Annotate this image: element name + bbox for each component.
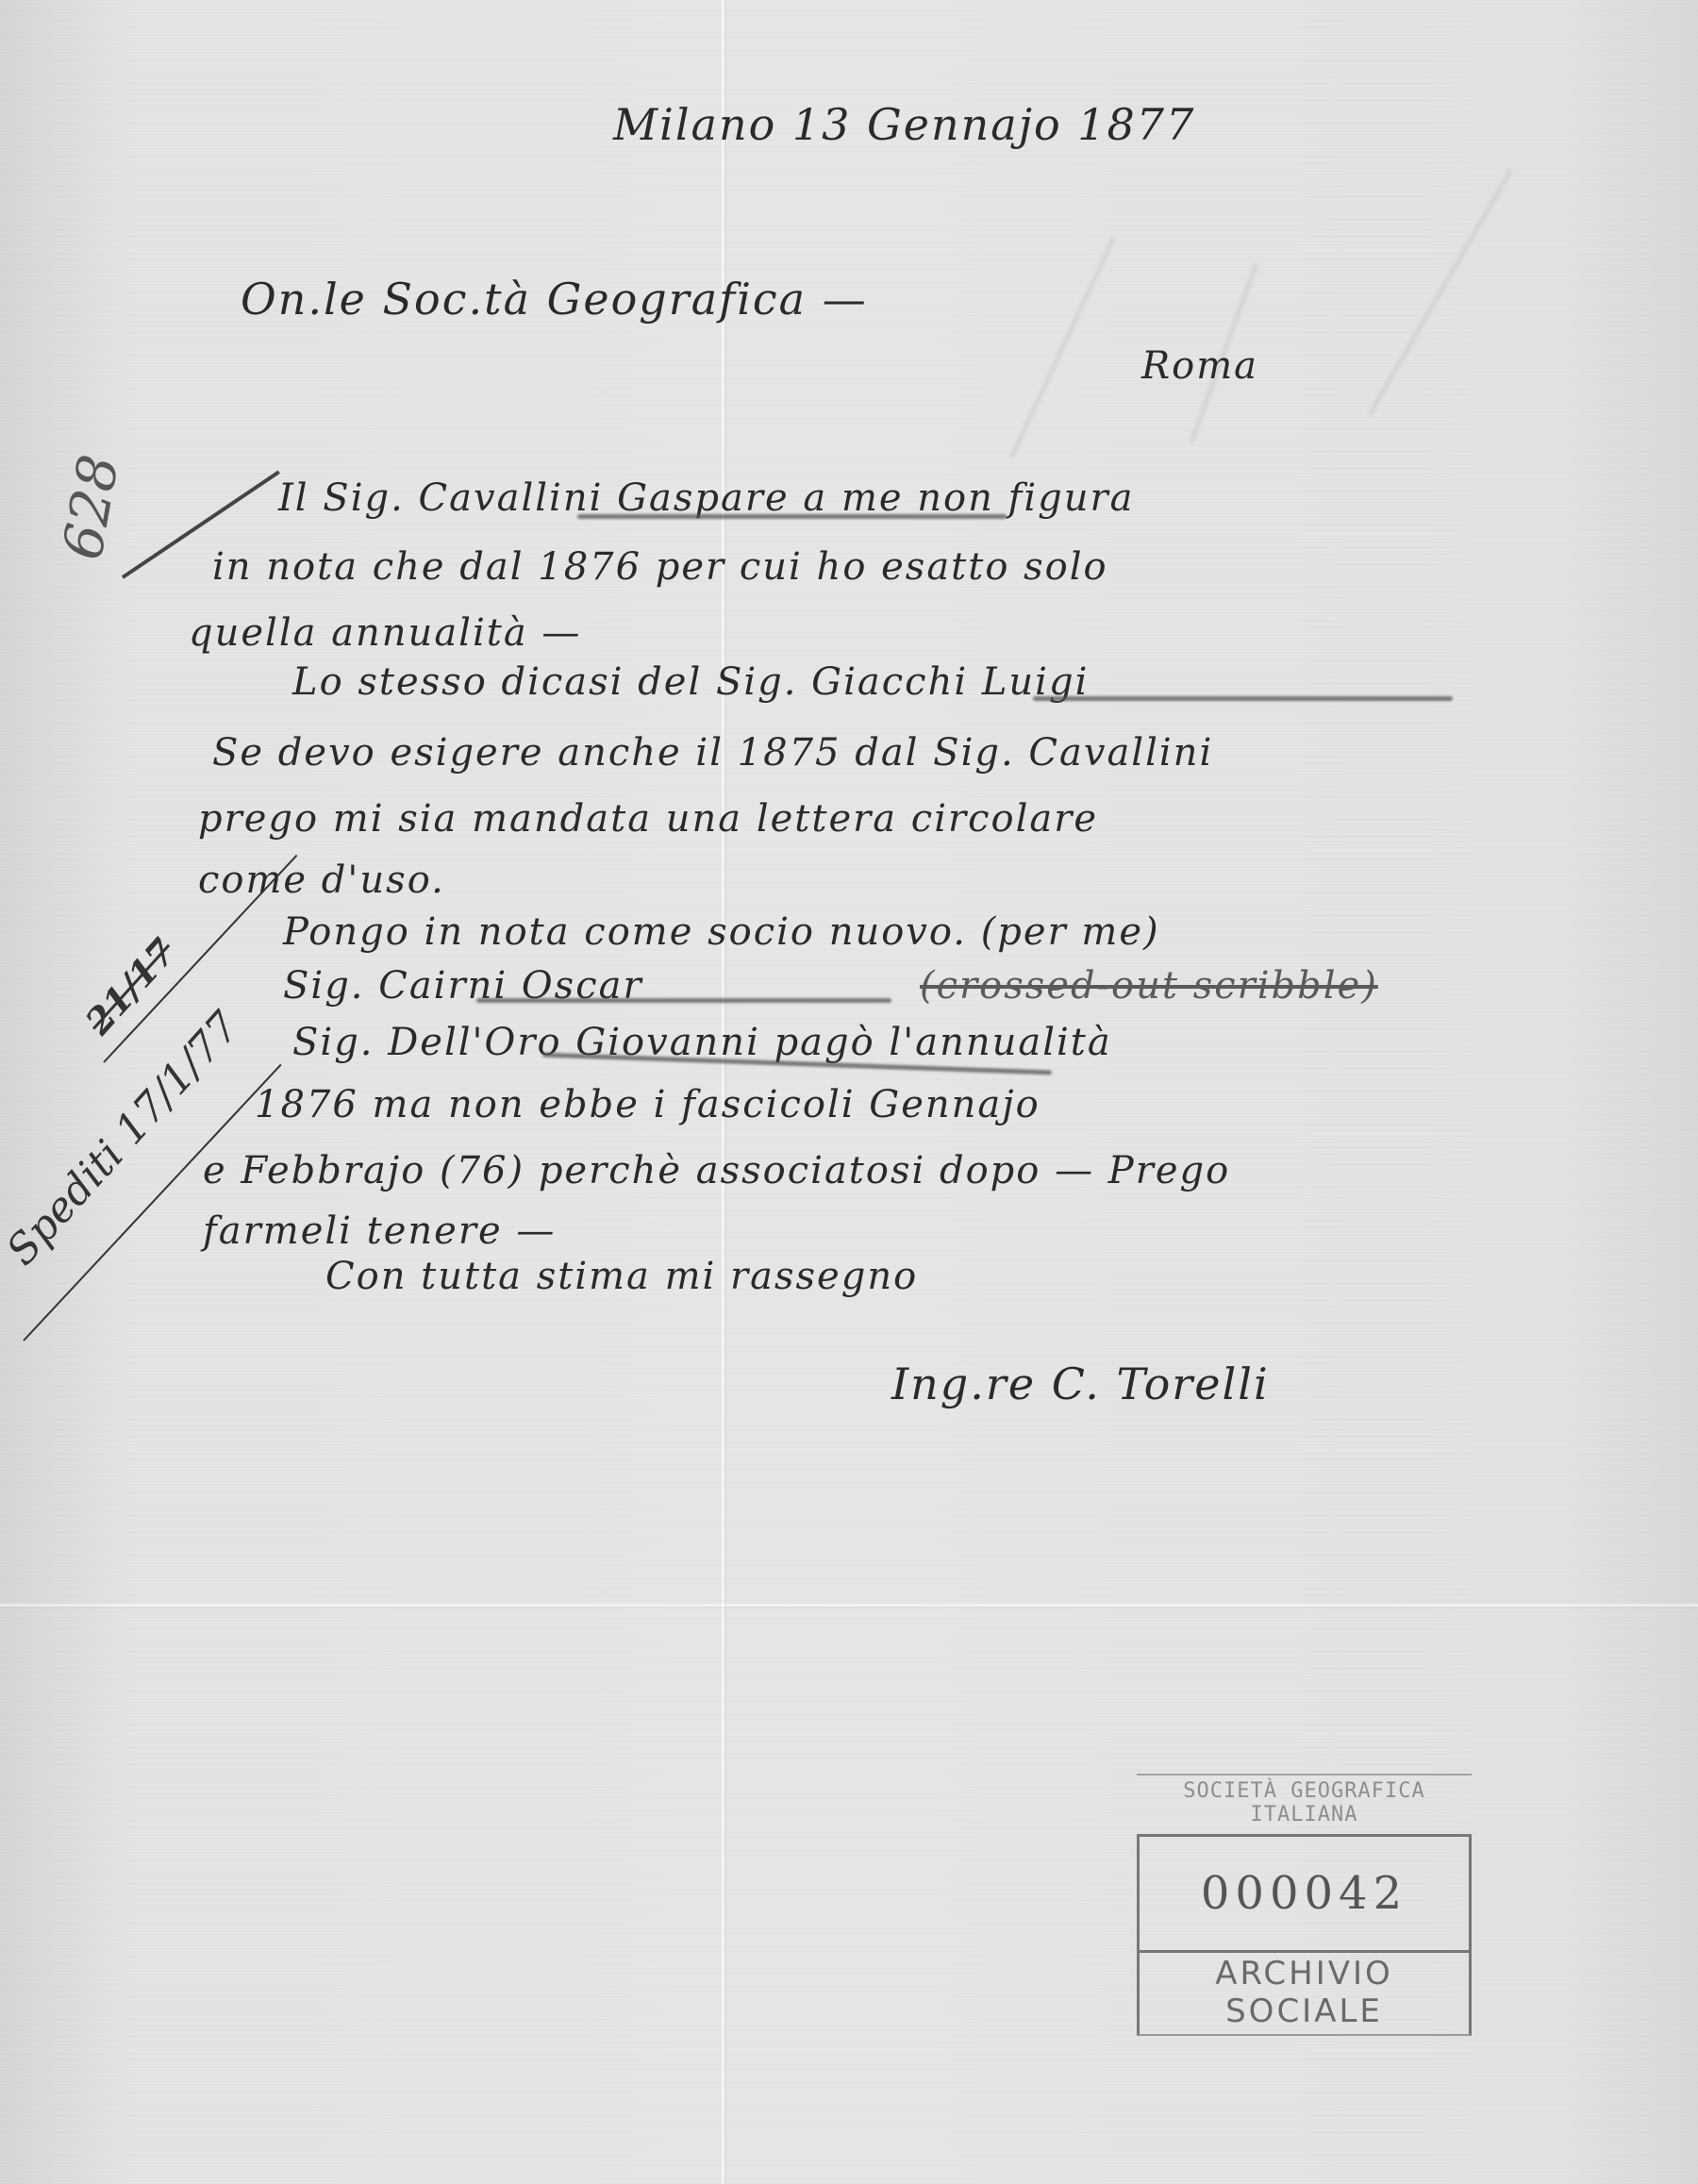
body-line-8: Pongo in nota come socio nuovo. (per me) (283, 910, 1160, 954)
body-line-11: 1876 ma non ebbe i fascicoli Gennajo (255, 1083, 1040, 1126)
margin-archive-number: 628 (50, 450, 131, 564)
body-line-2: in nota che dal 1876 per cui ho esatto s… (212, 545, 1108, 589)
body-line-6: prego mi sia mandata una lettera circola… (198, 797, 1098, 841)
show-through-mark (1368, 170, 1512, 416)
body-line-13: farmeli tenere — (203, 1209, 556, 1253)
struck-text: (crossed-out scribble) (920, 964, 1378, 1008)
stamp-footer: ARCHIVIO SOCIALE (1137, 1953, 1472, 2036)
show-through-mark (1009, 236, 1116, 459)
underline-cavallini (577, 514, 1007, 519)
body-line-14: Con tutta stima mi rassegno (325, 1255, 918, 1298)
archive-stamp: SOCIETÀ GEOGRAFICA ITALIANA 000042 ARCHI… (1137, 1774, 1472, 2036)
stamp-number: 000042 (1201, 1867, 1407, 1920)
margin-struck-number: 21/17 (77, 930, 184, 1042)
body-line-12: e Febbrajo (76) perchè associatosi dopo … (203, 1149, 1230, 1192)
addressee-city: Roma (1141, 344, 1258, 388)
body-line-3: quella annualità — (189, 611, 581, 655)
addressee-line: On.le Soc.tà Geografica — (241, 274, 868, 325)
stamp-box: 000042 (1137, 1834, 1472, 1953)
body-line-7: come d'uso. (198, 859, 445, 902)
dateline: Milano 13 Gennajo 1877 (613, 99, 1195, 150)
underline-giacchi (1033, 696, 1453, 701)
underline-cairni (476, 998, 891, 1003)
body-line-4: Lo stesso dicasi del Sig. Giacchi Luigi (292, 660, 1089, 704)
signature: Ing.re C. Torelli (891, 1359, 1270, 1409)
horizontal-fold-crease (0, 1604, 1698, 1607)
body-line-5: Se devo esigere anche il 1875 dal Sig. C… (212, 731, 1213, 775)
stamp-header: SOCIETÀ GEOGRAFICA ITALIANA (1137, 1774, 1472, 1826)
letter-scan: Milano 13 Gennajo 1877 On.le Soc.tà Geog… (0, 0, 1698, 2184)
